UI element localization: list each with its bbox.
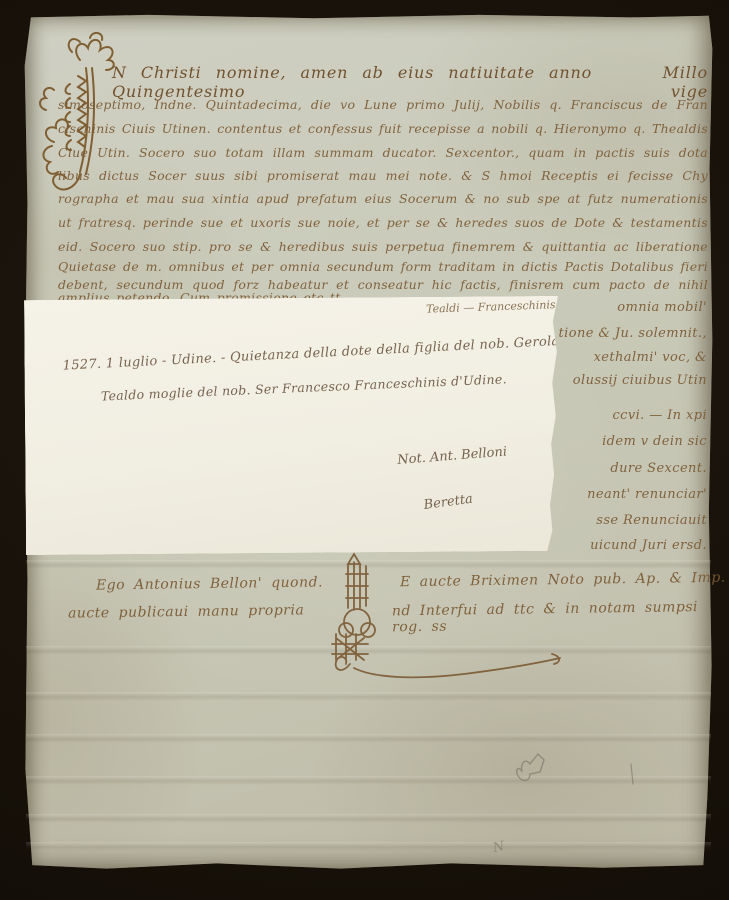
manuscript-line: Quietase de m. omnibus et per omnia secu…: [58, 259, 708, 274]
manuscript-line-fragment: sse Renunciauit: [596, 513, 707, 528]
slip-notary-attribution: Not. Ant. Belloni: [397, 445, 508, 468]
manuscript-line: cischinis Ciuis Utinen. contentus et con…: [58, 121, 708, 136]
pencil-doodle: [510, 742, 546, 786]
pencil-tick: [628, 762, 636, 786]
notarial-sign-icon: [302, 550, 572, 680]
notary-subscription-line: aucte publicaui manu propria: [68, 602, 304, 621]
slip-signature: Beretta: [423, 492, 474, 513]
illuminated-initial-icon: [34, 24, 129, 214]
notary-subscription-line: Ego Antonius Bellon' quond.: [96, 574, 323, 593]
manuscript-line: N Christi nomine, amen ab eius natiuitat…: [112, 63, 708, 101]
manuscript-line-fragment: olussij ciuibus Utin: [573, 373, 707, 388]
manuscript-line-fragment: omnia mobil': [617, 300, 707, 315]
manuscript-line-fragment: uicund Juri ersd.: [590, 538, 707, 553]
manuscript-line: libus dictus Socer suus sibi promiserat …: [58, 168, 708, 183]
manuscript-line-fragment: tione & Ju. solemnit.,: [559, 326, 707, 341]
slip-description-line: Tealdo moglie del nob. Ser Francesco Fra…: [101, 371, 508, 403]
slip-heading: Tealdi — Franceschinis: [426, 298, 556, 315]
slip-date-line: 1527. 1 luglio - Udine. - Quietanza dell…: [62, 333, 580, 374]
manuscript-line-fragment: dure Sexcent.: [610, 461, 707, 476]
manuscript-line-fragment: idem v dein sic: [602, 434, 707, 449]
document-photo: N Christi nomine, amen ab eius natiuitat…: [0, 0, 729, 900]
manuscript-line: ut fratresq. perinde sue et uxoris sue n…: [58, 215, 708, 230]
manuscript-line: Ciue Utin. Socero suo totam illam summam…: [58, 145, 708, 160]
manuscript-line: simoseptimo, Indne. Quintadecima, die vo…: [58, 97, 708, 112]
manuscript-line: rographa et mau sua xintia apud prefatum…: [58, 191, 708, 206]
manuscript-line-fragment: ccvi. — In xpi: [612, 408, 707, 423]
manuscript-line: eid. Socero suo stip. pro se & heredibus…: [58, 239, 708, 254]
archival-note-slip: Tealdi — Franceschinis 1527. 1 luglio - …: [24, 296, 560, 555]
manuscript-line-fragment: xethalmi' voc, &: [594, 350, 707, 365]
manuscript-line-fragment: neant' renunciar': [587, 487, 707, 502]
